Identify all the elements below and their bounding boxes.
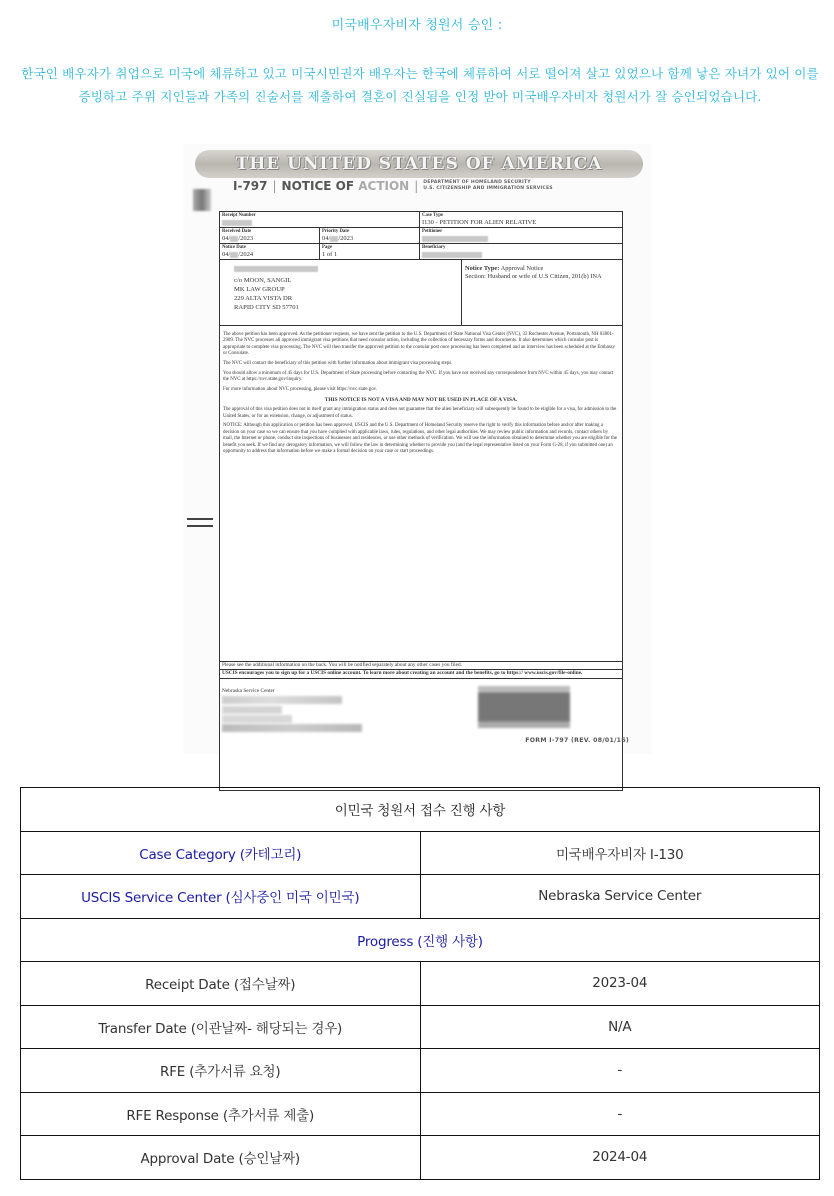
- body-paragraph: NOTICE: Although this application or pet…: [223, 423, 619, 455]
- redacted-signature: [478, 686, 570, 728]
- redacted-beneficiary: [422, 252, 482, 258]
- notice-type-box: Notice Type: Approval Notice Section: Hu…: [462, 260, 622, 326]
- body-paragraph: You should allow a minimum of 45 days fo…: [223, 371, 619, 384]
- address-line3: 229 ALTA VISTA DR: [234, 294, 299, 303]
- case-type-cell: Case Type I130 - PETITION FOR ALIEN RELA…: [420, 212, 622, 228]
- progress-header-row: Progress (진행 사항): [21, 918, 820, 962]
- receipt-date-value: 2023-04: [420, 962, 820, 1006]
- intro-paragraph: 한국인 배우자가 취업으로 미국에 체류하고 있고 미국시민권자 배우자는 한국…: [20, 62, 820, 108]
- case-category-label: Case Category (카테고리): [21, 831, 421, 875]
- notice-section: Section: Husband or wife of U.S Citizen,…: [465, 273, 619, 281]
- received-date-year: /2023: [238, 235, 253, 242]
- address-line1: c/o MOON, SANGIL: [234, 276, 299, 285]
- department-name: DEPARTMENT OF HOMELAND SECURITY U.S. CIT…: [423, 180, 553, 191]
- scan-edge-mark: [187, 525, 213, 527]
- redacted-address-block: [222, 696, 342, 704]
- case-category-value: 미국배우자비자 I-130: [420, 831, 820, 875]
- notice-type-label: Notice Type:: [465, 265, 499, 272]
- rfe-response-value: -: [420, 1092, 820, 1136]
- notice-type-value: Approval Notice: [501, 265, 544, 272]
- beneficiary-cell: Beneficiary: [420, 244, 622, 260]
- transfer-date-value: N/A: [420, 1005, 820, 1049]
- service-center-label: USCIS Service Center (심사중인 미국 이민국): [21, 875, 421, 919]
- petitioner-cell: Petitioner: [420, 228, 622, 244]
- notice-of-text: NOTICE OF: [282, 179, 354, 193]
- mailing-address: c/o MOON, SANGIL MK LAW GROUP 229 ALTA V…: [234, 276, 299, 312]
- body-paragraph: The above petition has been approved. As…: [223, 332, 619, 358]
- notice-frame: Receipt Number Case Type I130 - PETITION…: [219, 211, 623, 791]
- scan-edge-mark: [187, 518, 213, 520]
- table-row: Transfer Date (이관날짜- 해당되는 경우) N/A: [21, 1005, 820, 1049]
- redacted-address-block: [222, 706, 282, 714]
- form-number: I-797: [233, 179, 268, 193]
- address-line4: RAPID CITY SD 57701: [234, 303, 299, 312]
- table-row: Case Category (카테고리) 미국배우자비자 I-130: [21, 831, 820, 875]
- priority-date-month: 04/: [322, 235, 330, 242]
- received-date-cell: Received Date 04//2023: [220, 228, 320, 244]
- priority-date-cell: Priority Date 04//2023: [320, 228, 420, 244]
- redacted-receipt-number: [222, 220, 252, 226]
- rfe-label: RFE (추가서류 요청): [21, 1049, 421, 1093]
- rfe-value: -: [420, 1049, 820, 1093]
- receipt-date-label: Receipt Date (접수날짜): [21, 962, 421, 1006]
- receipt-number-cell: Receipt Number: [220, 212, 420, 228]
- service-center-name: Nebraska Service Center: [222, 688, 275, 694]
- body-paragraph: For more information about NVC processin…: [223, 387, 619, 393]
- petition-status-table: 이민국 청원서 접수 진행 사항 Case Category (카테고리) 미국…: [20, 787, 820, 1180]
- notice-date-cell: Notice Date 04//2024: [220, 244, 320, 260]
- table-row: Approval Date (승인날짜) 2024-04: [21, 1136, 820, 1180]
- banner-text: THE UNITED STATES OF AMERICA: [236, 154, 603, 174]
- doc-banner: THE UNITED STATES OF AMERICA: [195, 150, 643, 178]
- approval-date-value: 2024-04: [420, 1136, 820, 1180]
- table-row: USCIS Service Center (심사중인 미국 이민국) Nebra…: [21, 875, 820, 919]
- case-type-value: I130 - PETITION FOR ALIEN RELATIVE: [422, 219, 620, 227]
- redacted-address-block: [222, 715, 292, 723]
- redacted-petitioner: [422, 236, 488, 242]
- i797-notice-scan: THE UNITED STATES OF AMERICA I-797 | NOT…: [183, 144, 651, 754]
- doc-header: I-797 | NOTICE OF ACTION | DEPARTMENT OF…: [233, 179, 553, 193]
- notice-header-grid: Receipt Number Case Type I130 - PETITION…: [220, 212, 622, 260]
- department-line1: DEPARTMENT OF HOMELAND SECURITY: [423, 180, 531, 185]
- page-cell: Page 1 of 1: [320, 244, 420, 260]
- visa-warning: THIS NOTICE IS NOT A VISA AND MAY NOT BE…: [223, 397, 619, 403]
- page-value: 1 of 1: [322, 251, 417, 259]
- priority-date-year: /2023: [338, 235, 353, 242]
- redacted-address-block: [222, 724, 362, 732]
- progress-header: Progress (진행 사항): [21, 918, 820, 962]
- body-paragraph: The NVC will contact the beneficiary of …: [223, 361, 619, 367]
- mailing-address-box: c/o MOON, SANGIL MK LAW GROUP 229 ALTA V…: [220, 260, 462, 326]
- form-revision: FORM I-797 (REV. 08/01/16): [525, 737, 629, 744]
- footer-additional-info: Please see the additional information on…: [220, 661, 622, 670]
- rfe-response-label: RFE Response (추가서류 제출): [21, 1092, 421, 1136]
- address-line2: MK LAW GROUP: [234, 285, 299, 294]
- header-divider: |: [414, 179, 418, 193]
- notice-of-action-title: NOTICE OF ACTION: [282, 179, 410, 193]
- action-text: ACTION: [358, 179, 409, 193]
- notice-date-month: 04/: [222, 251, 230, 258]
- approval-date-label: Approval Date (승인날짜): [21, 1136, 421, 1180]
- header-divider: |: [273, 179, 277, 193]
- footer-online-account: USCIS encourages you to sign up for a US…: [220, 670, 622, 679]
- redacted-recipient-name: [234, 266, 318, 272]
- table-row: RFE (추가서류 요청) -: [21, 1049, 820, 1093]
- table-title-row: 이민국 청원서 접수 진행 사항: [21, 788, 820, 832]
- department-line2: U.S. CITIZENSHIP AND IMMIGRATION SERVICE…: [423, 186, 553, 191]
- table-row: Receipt Date (접수날짜) 2023-04: [21, 962, 820, 1006]
- intro-title: 미국배우자비자 청원서 승인 :: [0, 14, 834, 33]
- redacted-barcode: [193, 189, 211, 211]
- notice-body: The above petition has been approved. As…: [223, 332, 619, 459]
- service-center-value: Nebraska Service Center: [420, 875, 820, 919]
- table-title: 이민국 청원서 접수 진행 사항: [21, 788, 820, 832]
- transfer-date-label: Transfer Date (이관날짜- 해당되는 경우): [21, 1005, 421, 1049]
- body-paragraph: The approval of this visa petition does …: [223, 407, 619, 420]
- notice-date-year: /2024: [238, 251, 253, 258]
- received-date-month: 04/: [222, 235, 230, 242]
- table-row: RFE Response (추가서류 제출) -: [21, 1092, 820, 1136]
